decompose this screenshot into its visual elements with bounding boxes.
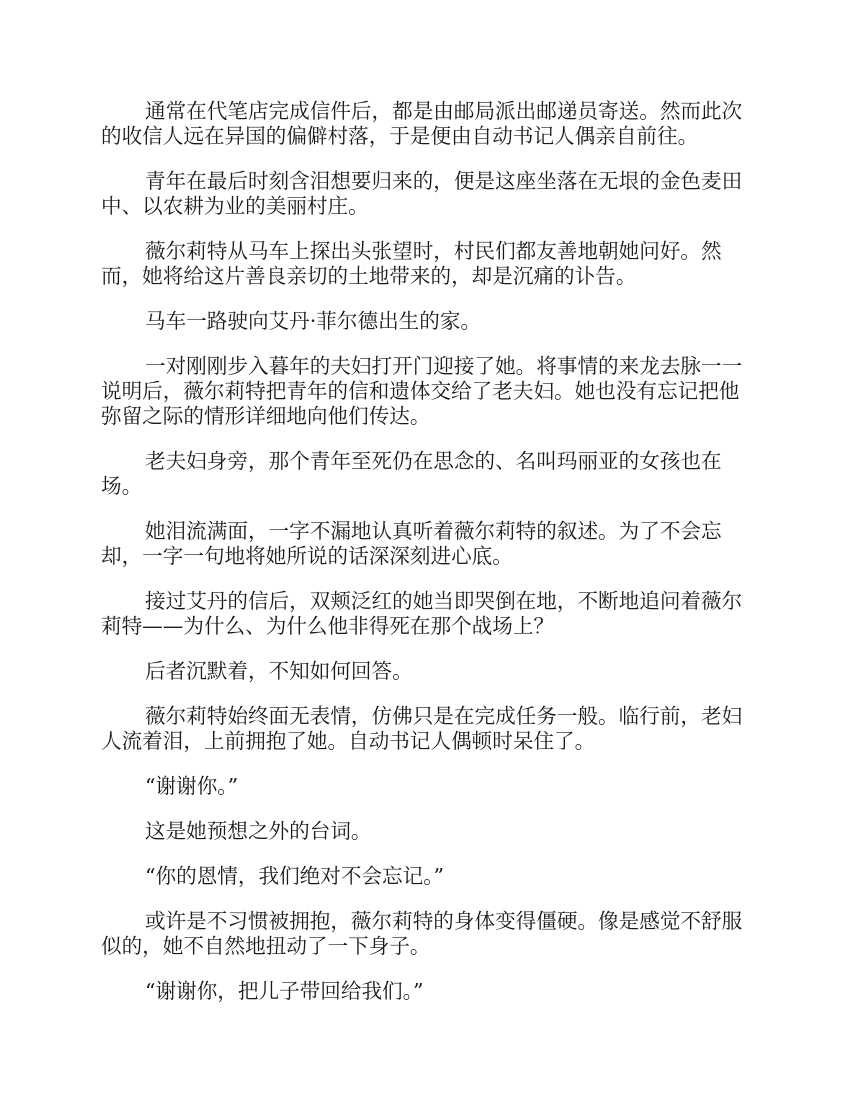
paragraph-line: 这是她预想之外的台词。 <box>101 819 751 844</box>
paragraph-line: “谢谢你。” <box>101 774 751 799</box>
paragraph-line: 的收信人远在异国的偏僻村落，于是便由自动书记人偶亲自前往。 <box>101 124 751 149</box>
paragraph-line: “你的恩情，我们绝对不会忘记。” <box>101 864 751 889</box>
paragraph-line: 她泪流满面，一字不漏地认真听着薇尔莉特的叙述。为了不会忘 <box>101 519 751 544</box>
paragraph-line: 中、以农耕为业的美丽村庄。 <box>101 194 751 219</box>
paragraph-line: 而，她将给这片善良亲切的土地带来的，却是沉痛的讣告。 <box>101 264 751 289</box>
paragraph-line: 似的，她不自然地扭动了一下身子。 <box>101 934 751 959</box>
paragraph-line: 人流着泪，上前拥抱了她。自动书记人偶顿时呆住了。 <box>101 729 751 754</box>
paragraph-line: 后者沉默着，不知如何回答。 <box>101 659 751 684</box>
paragraph-line: 说明后，薇尔莉特把青年的信和遗体交给了老夫妇。她也没有忘记把他 <box>101 379 751 404</box>
paragraph-line: 通常在代笔店完成信件后，都是由邮局派出邮递员寄送。然而此次 <box>101 99 751 124</box>
paragraph-line: 薇尔莉特从马车上探出头张望时，村民们都友善地朝她问好。然 <box>101 239 751 264</box>
paragraph-line: “谢谢你，把儿子带回给我们。” <box>101 979 751 1004</box>
paragraph: 通常在代笔店完成信件后，都是由邮局派出邮递员寄送。然而此次 的收信人远在异国的偏… <box>101 99 751 149</box>
paragraph-line: 一对刚刚步入暮年的夫妇打开门迎接了她。将事情的来龙去脉一一 <box>101 354 751 379</box>
paragraph: 马车一路驶向艾丹·菲尔德出生的家。 <box>101 309 751 334</box>
dialogue-paragraph: “你的恩情，我们绝对不会忘记。” <box>101 864 751 889</box>
paragraph-line: 接过艾丹的信后，双颊泛红的她当即哭倒在地，不断地追问着薇尔 <box>101 589 751 614</box>
paragraph-line: 却，一字一句地将她所说的话深深刻进心底。 <box>101 544 751 569</box>
paragraph-line: 薇尔莉特始终面无表情，仿佛只是在完成任务一般。临行前，老妇 <box>101 704 751 729</box>
paragraph: 薇尔莉特始终面无表情，仿佛只是在完成任务一般。临行前，老妇 人流着泪，上前拥抱了… <box>101 704 751 754</box>
paragraph: 或许是不习惯被拥抱，薇尔莉特的身体变得僵硬。像是感觉不舒服 似的，她不自然地扭动… <box>101 909 751 959</box>
paragraph: 接过艾丹的信后，双颊泛红的她当即哭倒在地，不断地追问着薇尔 莉特——为什么、为什… <box>101 589 751 639</box>
paragraph-line: 老夫妇身旁，那个青年至死仍在思念的、名叫玛丽亚的女孩也在 <box>101 449 751 474</box>
paragraph-line: 或许是不习惯被拥抱，薇尔莉特的身体变得僵硬。像是感觉不舒服 <box>101 909 751 934</box>
document-page: 通常在代笔店完成信件后，都是由邮局派出邮递员寄送。然而此次 的收信人远在异国的偏… <box>101 99 751 1024</box>
paragraph: 这是她预想之外的台词。 <box>101 819 751 844</box>
paragraph-line: 莉特——为什么、为什么他非得死在那个战场上？ <box>101 614 751 639</box>
paragraph: 一对刚刚步入暮年的夫妇打开门迎接了她。将事情的来龙去脉一一 说明后，薇尔莉特把青… <box>101 354 751 429</box>
paragraph: 她泪流满面，一字不漏地认真听着薇尔莉特的叙述。为了不会忘 却，一字一句地将她所说… <box>101 519 751 569</box>
dialogue-paragraph: “谢谢你。” <box>101 774 751 799</box>
paragraph: 后者沉默着，不知如何回答。 <box>101 659 751 684</box>
paragraph-line: 弥留之际的情形详细地向他们传达。 <box>101 404 751 429</box>
paragraph-line: 场。 <box>101 474 751 499</box>
paragraph: 青年在最后时刻含泪想要归来的，便是这座坐落在无垠的金色麦田 中、以农耕为业的美丽… <box>101 169 751 219</box>
paragraph-line: 青年在最后时刻含泪想要归来的，便是这座坐落在无垠的金色麦田 <box>101 169 751 194</box>
paragraph: 薇尔莉特从马车上探出头张望时，村民们都友善地朝她问好。然 而，她将给这片善良亲切… <box>101 239 751 289</box>
paragraph-line: 马车一路驶向艾丹·菲尔德出生的家。 <box>101 309 751 334</box>
dialogue-paragraph: “谢谢你，把儿子带回给我们。” <box>101 979 751 1004</box>
paragraph: 老夫妇身旁，那个青年至死仍在思念的、名叫玛丽亚的女孩也在 场。 <box>101 449 751 499</box>
